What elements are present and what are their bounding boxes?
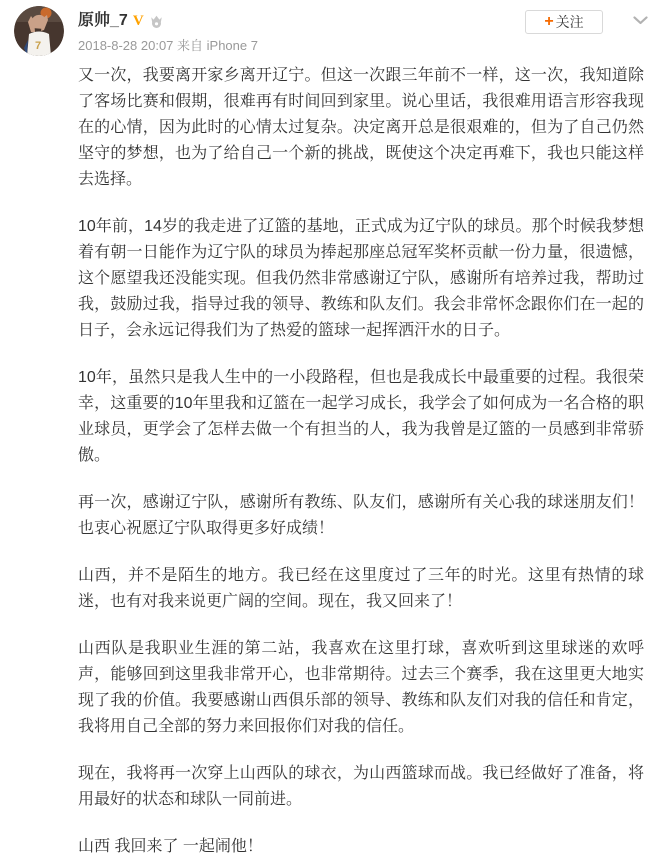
follow-button-label: 关注 xyxy=(556,12,584,32)
user-name-row: 原帅_7 V xyxy=(78,11,164,31)
follow-button[interactable]: + 关注 xyxy=(525,10,603,34)
paragraph: 山西队是我职业生涯的第二站，我喜欢在这里打球，喜欢听到这里球迷的欢呼声，能够回到… xyxy=(78,636,644,740)
timestamp: 2018-8-28 20:07 来自 iPhone 7 xyxy=(78,38,258,54)
paragraph: 现在，我将再一次穿上山西队的球衣，为山西篮球而战。我已经做好了准备，将用最好的状… xyxy=(78,761,644,813)
plus-icon: + xyxy=(544,15,553,29)
post-menu-button[interactable] xyxy=(630,13,650,27)
username[interactable]: 原帅_7 xyxy=(78,11,128,31)
chevron-down-icon xyxy=(633,16,648,25)
paragraph: 又一次，我要离开家乡离开辽宁。但这一次跟三年前不一样，这一次，我知道除了客场比赛… xyxy=(78,63,644,193)
paragraph: 10年前，14岁的我走进了辽篮的基地，正式成为辽宁队的球员。那个时候我梦想着有朝… xyxy=(78,214,644,344)
vip-crown-icon xyxy=(149,14,164,29)
paragraph: 山西，并不是陌生的地方。我已经在这里度过了三年的时光。这里有热情的球迷，也有对我… xyxy=(78,563,644,615)
avatar[interactable]: 7 xyxy=(14,6,64,56)
paragraph: 再一次，感谢辽宁队，感谢所有教练、队友们，感谢所有关心我的球迷朋友们！也衷心祝愿… xyxy=(78,490,644,542)
verified-v-icon: V xyxy=(133,14,144,29)
paragraph: 10年，虽然只是我人生中的一小段路程，但也是我成长中最重要的过程。我很荣幸，这重… xyxy=(78,365,644,469)
post-text: 又一次，我要离开家乡离开辽宁。但这一次跟三年前不一样，这一次，我知道除了客场比赛… xyxy=(78,63,644,860)
weibo-post: 7 原帅_7 V 2018-8-28 20:07 来自 iPhone 7 + 关… xyxy=(0,0,668,865)
avatar-jersey-number: 7 xyxy=(35,40,41,52)
avatar-image: 7 xyxy=(14,6,64,56)
paragraph: 山西 我回来了 一起闹他！ xyxy=(78,834,644,860)
